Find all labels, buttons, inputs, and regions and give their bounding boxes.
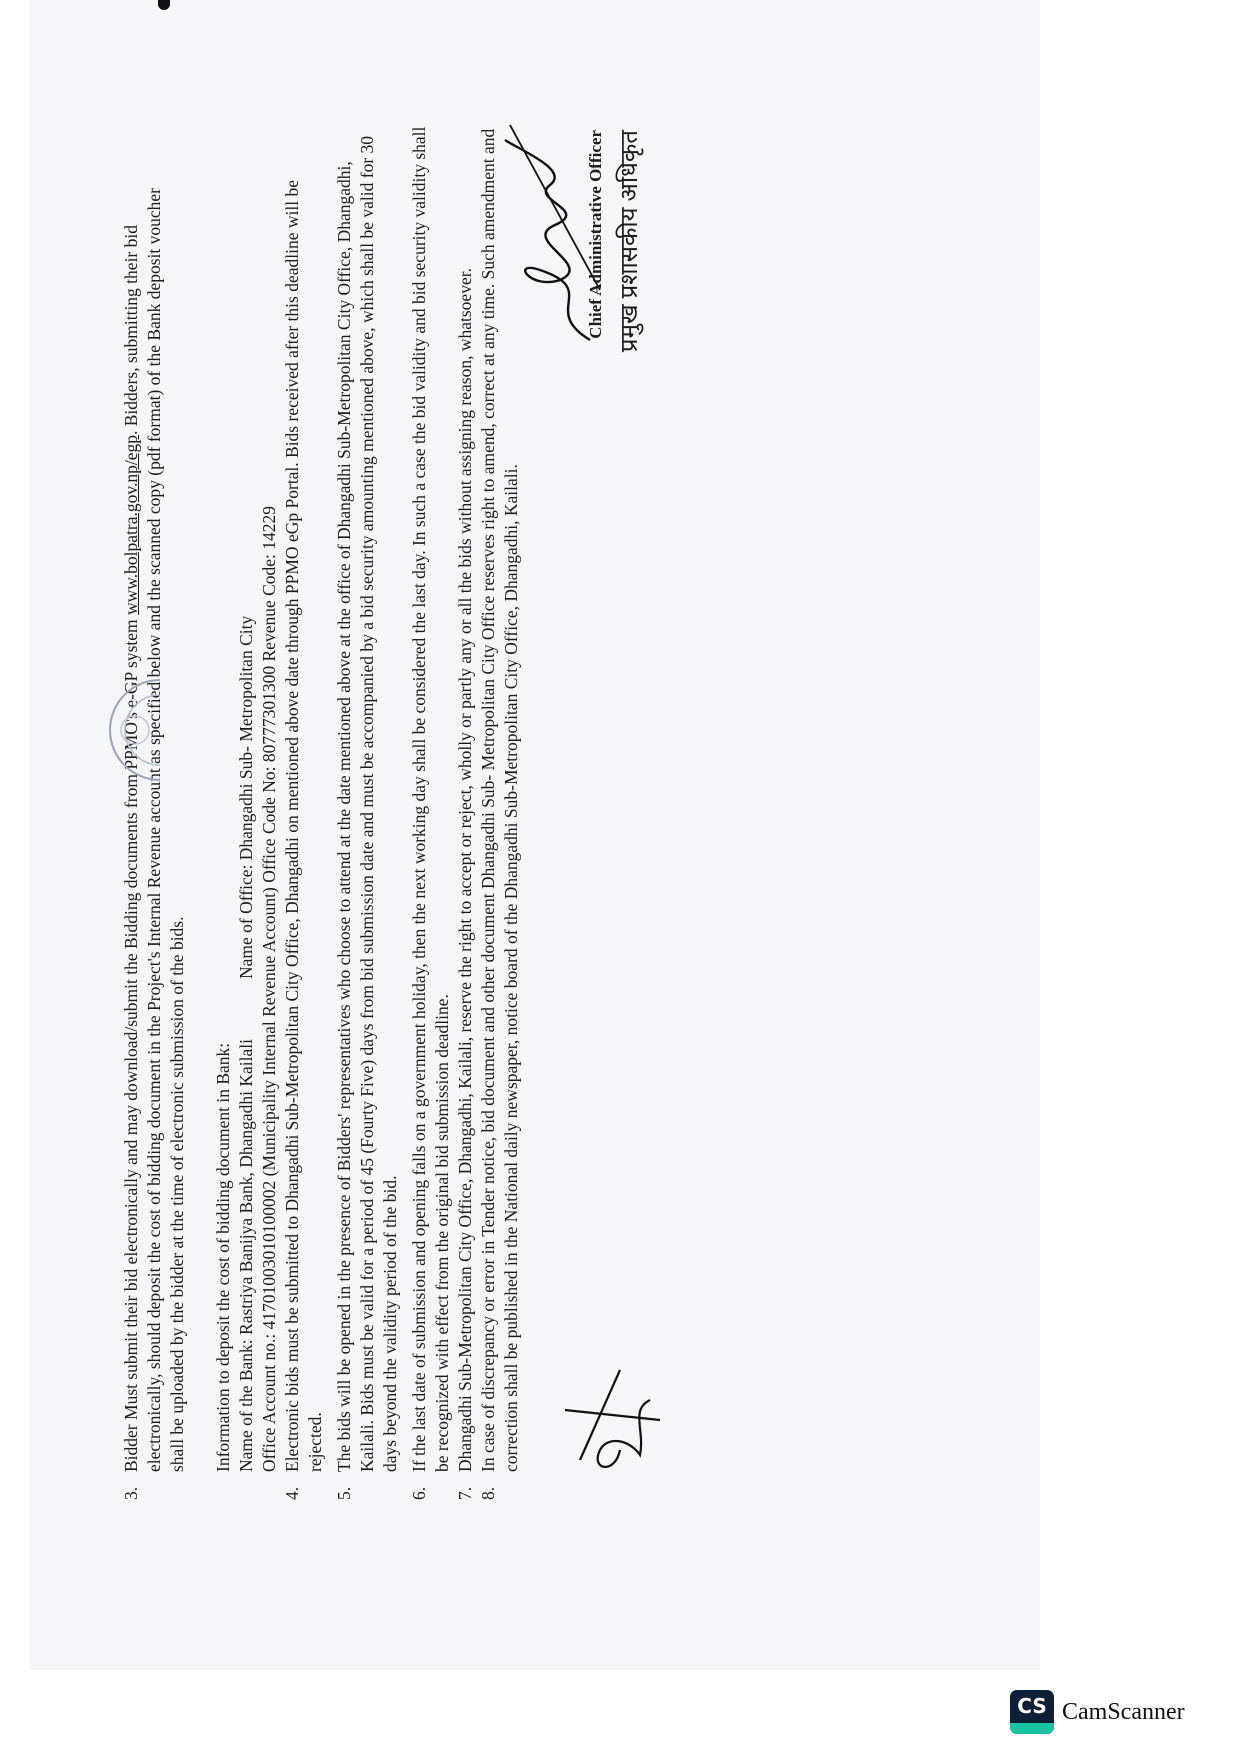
clause-3: 3. Bidder Must submit their bid electron… xyxy=(120,120,189,1500)
signatory-block: Chief Administrative Officer प्रमुख प्रश… xyxy=(505,130,647,430)
signature-left xyxy=(560,1350,670,1480)
camscanner-label: CamScanner xyxy=(1062,1699,1185,1726)
bank-name: Name of the Bank: Rastriya Banijya Bank,… xyxy=(235,1039,258,1472)
officer-title-english: Chief Administrative Officer xyxy=(585,130,607,430)
clause-5: 5. The bids will be opened in the presen… xyxy=(333,120,402,1500)
clause-number: 3. xyxy=(120,1472,189,1500)
bank-info-heading: Information to deposit the cost of biddi… xyxy=(212,120,235,1472)
clause-7: 7. Dhangadhi Sub-Metropolitan City Offic… xyxy=(454,120,477,1500)
officer-title-nepali: प्रमुख प्रशासकीय अधिकृत xyxy=(613,130,647,430)
bank-info: Information to deposit the cost of biddi… xyxy=(212,120,281,1500)
office-account: Office Account no.: 41701003010100002 (M… xyxy=(258,120,281,1472)
camscanner-logo-icon: CS xyxy=(1010,1690,1054,1734)
clause-6: 6. If the last date of submission and op… xyxy=(408,120,454,1500)
office-seal-stamp xyxy=(90,660,170,800)
camscanner-watermark: CS CamScanner xyxy=(1010,1690,1185,1734)
office-name: Name of Office: Dhangadhi Sub- Metropoli… xyxy=(235,616,258,979)
rotated-document: 3. Bidder Must submit their bid electron… xyxy=(120,120,680,1500)
egp-link[interactable]: www.bolpatra.gov.np/egp xyxy=(121,435,141,615)
tender-notice-body: 3. Bidder Must submit their bid electron… xyxy=(120,120,523,1500)
clause-4: 4. Electronic bids must be submitted to … xyxy=(281,120,327,1500)
